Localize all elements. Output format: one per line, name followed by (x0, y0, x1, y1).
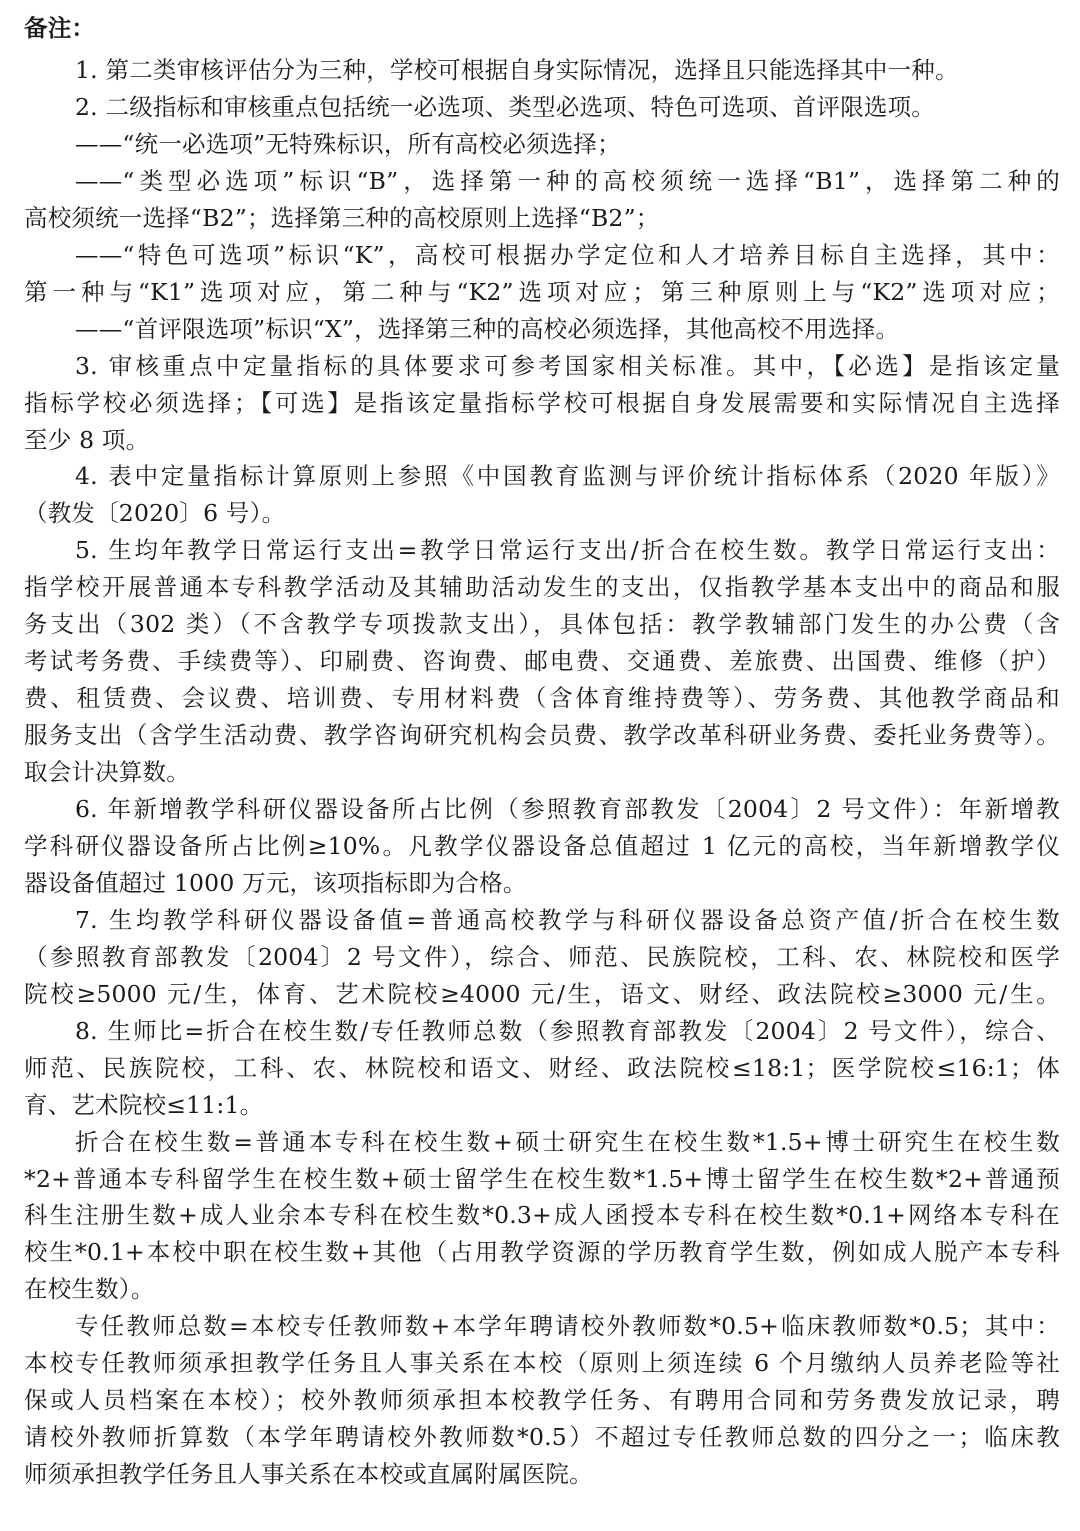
text-line: 取会计决算数。 (24, 754, 1060, 790)
text-line: 务支出（302 类）（不含教学专项拨款支出），具体包括：教学教辅部门发生的办公费… (24, 606, 1060, 642)
text-line: 校生*0.1+本校中职在校生数+其他（占用教学资源的学历教育学生数，例如成人脱产… (24, 1234, 1060, 1270)
text-line: 指学校开展普通本专科教学活动及其辅助活动发生的支出，仅指教学基本支出中的商品和服 (24, 569, 1060, 605)
text-line: ——“统一必选项”无特殊标识，所有高校必须选择； (75, 126, 1060, 162)
text-line: 院校≥5000 元/生，体育、艺术院校≥4000 元/生，语文、财经、政法院校≥… (24, 976, 1060, 1012)
text-line: 费、租赁费、会议费、培训费、专用材料费（含体育维持费等）、劳务费、其他教学商品和 (24, 680, 1060, 716)
text-line: 专任教师总数=本校专任教师数+本学年聘请校外教师数*0.5+临床教师数*0.5；… (75, 1308, 1060, 1344)
text-line: 服务支出（含学生活动费、教学咨询研究机构会员费、教学改革科研业务费、委托业务费等… (24, 717, 1060, 753)
text-line: 5. 生均年教学日常运行支出=教学日常运行支出/折合在校生数。教学日常运行支出： (75, 532, 1060, 568)
text-line: 本校专任教师须承担教学任务且人事关系在本校（原则上须连续 6 个月缴纳人员养老险… (24, 1345, 1060, 1381)
text-line: （参照教育部教发〔2004〕2 号文件），综合、师范、民族院校，工科、农、林院校… (24, 939, 1060, 975)
text-line: 1. 第二类审核评估分为三种，学校可根据自身实际情况，选择且只能选择其中一种。 (75, 52, 1060, 88)
text-line: ——“特色可选项”标识“K”，高校可根据办学定位和人才培养目标自主选择，其中： (75, 237, 1060, 273)
text-line: 在校生数）。 (24, 1271, 1060, 1307)
text-line: 科生注册生数+成人业余本专科在校生数*0.3+成人函授本专科在校生数*0.1+网… (24, 1197, 1060, 1233)
text-line: （教发〔2020〕6 号）。 (24, 495, 1060, 531)
text-line: 高校须统一选择“B2”；选择第三种的高校原则上选择“B2”； (24, 200, 1060, 236)
text-line: 师须承担教学任务且人事关系在本校或直属附属医院。 (24, 1456, 1060, 1492)
text-line: ——“类型必选项”标识“B”，选择第一种的高校须统一选择“B1”，选择第二种的 (75, 163, 1060, 199)
text-line: 折合在校生数=普通本专科在校生数+硕士研究生在校生数*1.5+博士研究生在校生数 (75, 1124, 1060, 1160)
text-line: 6. 年新增教学科研仪器设备所占比例（参照教育部教发〔2004〕2 号文件）：年… (75, 791, 1060, 827)
text-line: 指标学校必须选择；【可选】是指该定量指标学校可根据自身发展需要和实际情况自主选择 (24, 385, 1060, 421)
text-line: 请校外教师折算数（本学年聘请校外教师数*0.5）不超过专任教师总数的四分之一；临… (24, 1419, 1060, 1455)
text-line: *2+普通本专科留学生在校生数+硕士留学生在校生数*1.5+博士留学生在校生数*… (24, 1161, 1060, 1197)
text-line: ——“首评限选项”标识“X”，选择第三种的高校必须选择，其他高校不用选择。 (75, 311, 1060, 347)
text-line: 考试考务费、手续费等）、印刷费、咨询费、邮电费、交通费、差旅费、出国费、维修（护… (24, 643, 1060, 679)
text-line: 8. 生师比=折合在校生数/专任教师总数（参照教育部教发〔2004〕2 号文件）… (75, 1013, 1060, 1049)
text-line: 至少 8 项。 (24, 422, 1060, 458)
text-line: 学科研仪器设备所占比例≥10%。凡教学仪器设备总值超过 1 亿元的高校，当年新增… (24, 828, 1060, 864)
text-line: 4. 表中定量指标计算原则上参照《中国教育监测与评价统计指标体系（2020 年版… (75, 458, 1060, 494)
text-line: 师范、民族院校，工科、农、林院校和语文、财经、政法院校≤18:1；医学院校≤16… (24, 1050, 1060, 1086)
notes-heading: 备注： (24, 10, 1060, 46)
text-line: 育、艺术院校≤11:1。 (24, 1087, 1060, 1123)
text-line: 7. 生均教学科研仪器设备值=普通高校教学与科研仪器设备总资产值/折合在校生数 (75, 902, 1060, 938)
text-line: 第一种与“K1”选项对应，第二种与“K2”选项对应；第三种原则上与“K2”选项对… (24, 274, 1060, 310)
text-line: 保或人员档案在本校）；校外教师须承担本校教学任务、有聘用合同和劳务费发放记录，聘 (24, 1382, 1060, 1418)
text-line: 3. 审核重点中定量指标的具体要求可参考国家相关标准。其中，【必选】是指该定量 (75, 348, 1060, 384)
text-line: 器设备值超过 1000 万元，该项指标即为合格。 (24, 865, 1060, 901)
text-line: 2. 二级指标和审核重点包括统一必选项、类型必选项、特色可选项、首评限选项。 (75, 89, 1060, 125)
